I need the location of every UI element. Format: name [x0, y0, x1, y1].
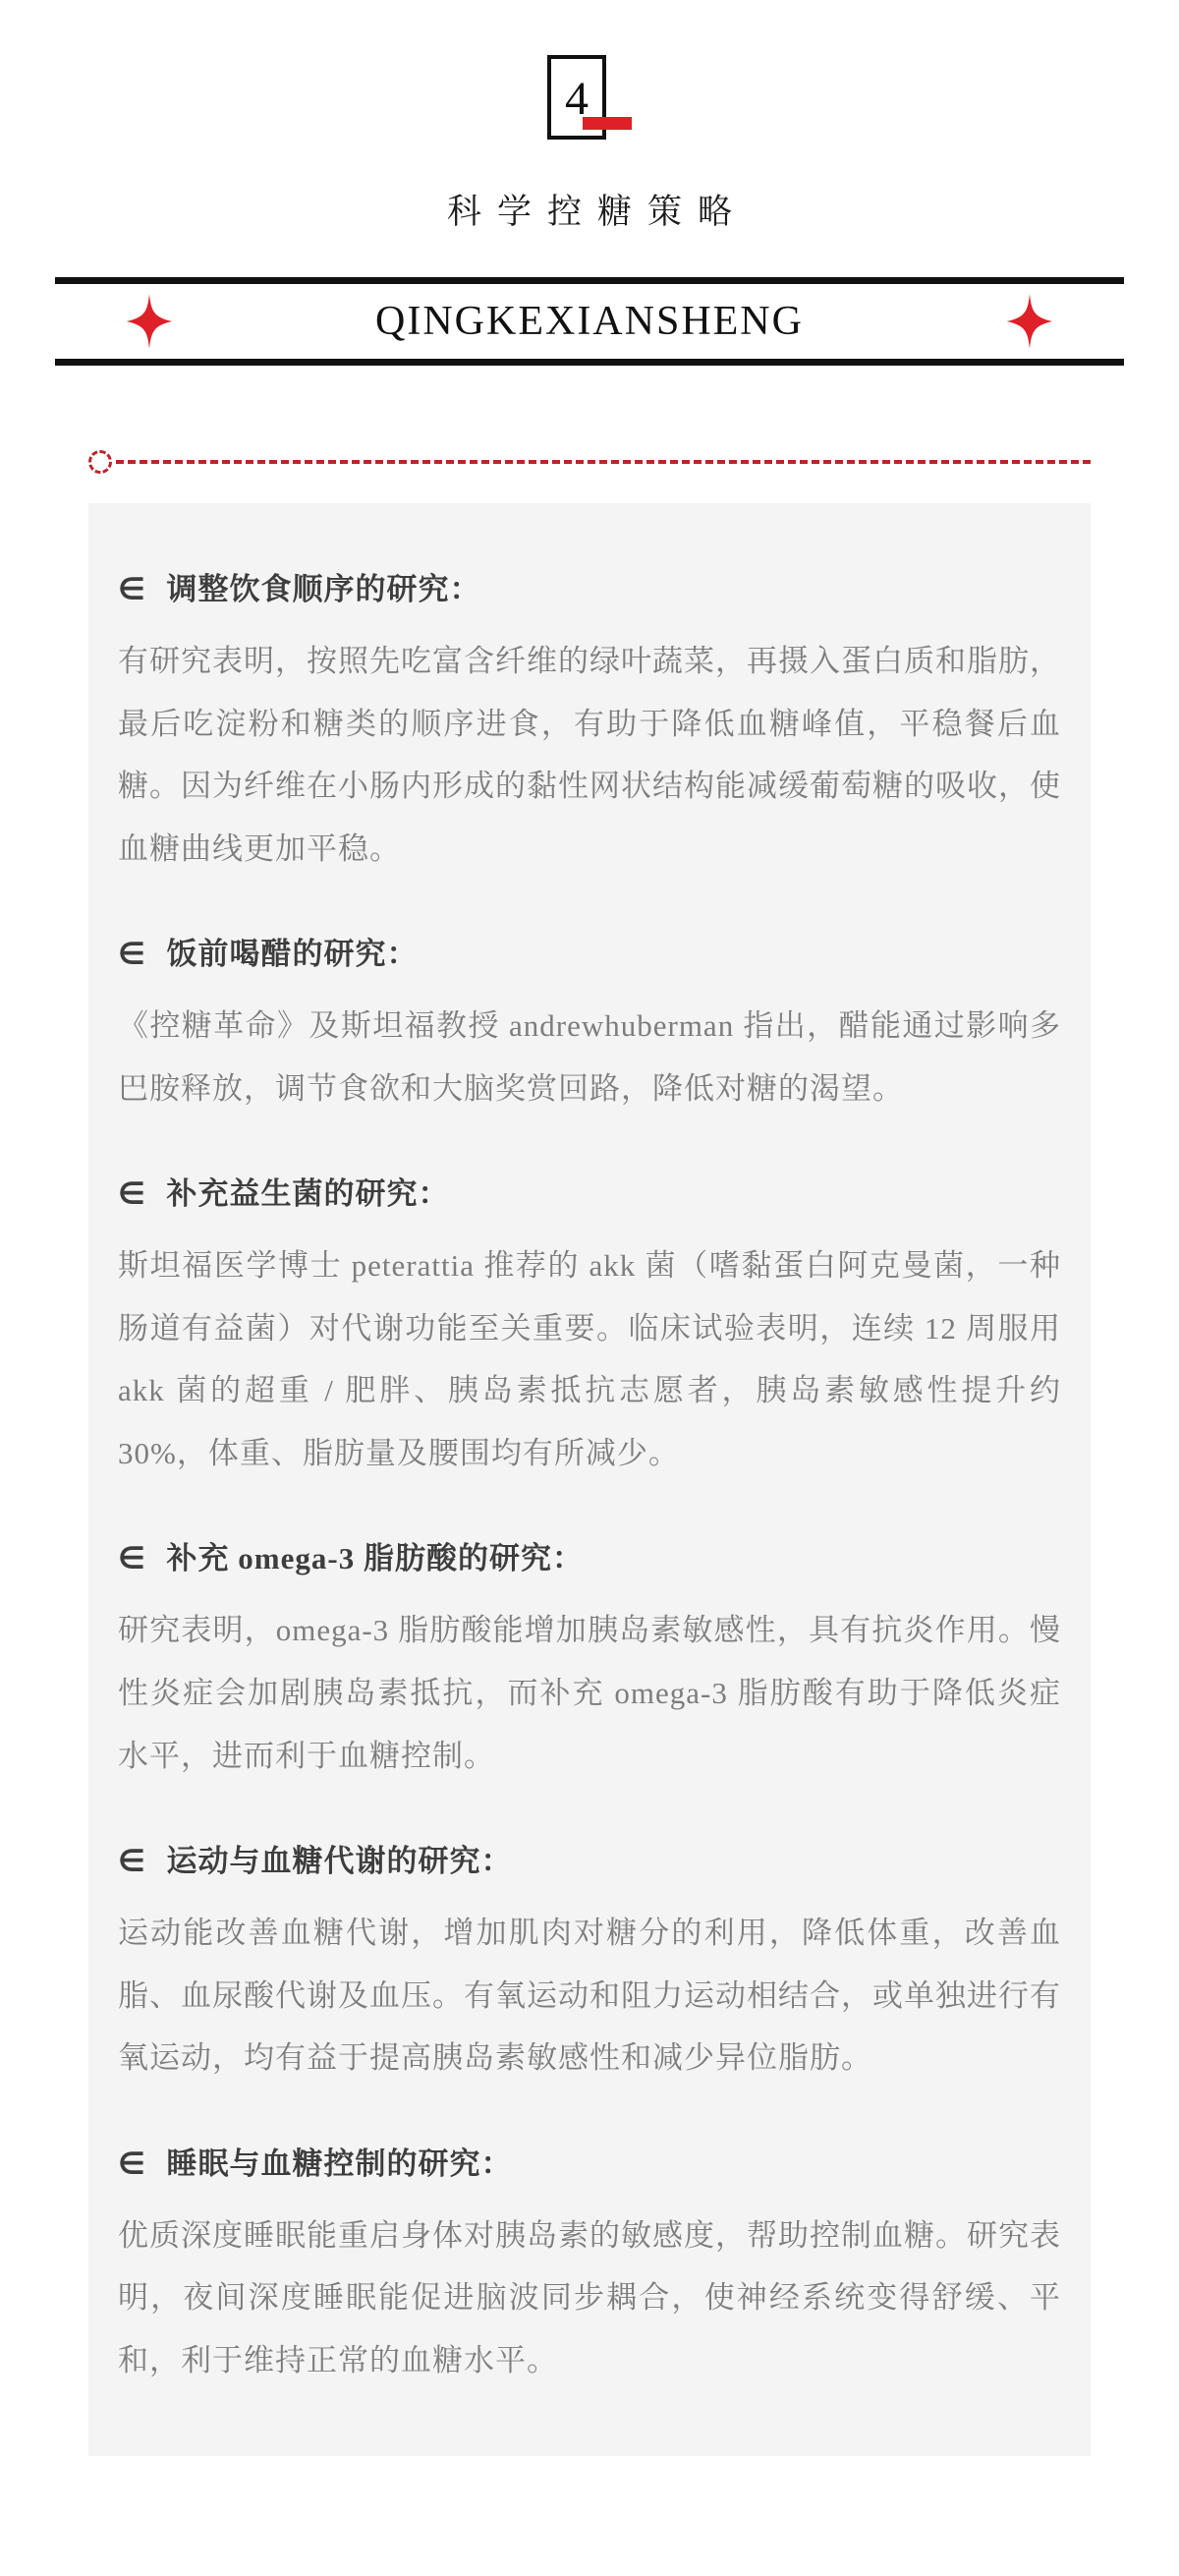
section-body-text: 有研究表明，按照先吃富含纤维的绿叶蔬菜，再摄入蛋白质和脂肪，最后吃淀粉和糖类的顺…	[118, 630, 1061, 880]
research-section: ∈ 补充 omega-3 脂肪酸的研究： 研究表明，omega-3 脂肪酸能增加…	[118, 1533, 1061, 1787]
red-accent-bar	[583, 117, 632, 130]
section-body-text: 斯坦福医学博士 peterattia 推荐的 akk 菌（嗜黏蛋白阿克曼菌，一种…	[118, 1234, 1061, 1484]
section-body-text: 优质深度睡眠能重启身体对胰岛素的敏感度，帮助控制血糖。研究表明，夜间深度睡眠能促…	[118, 2204, 1061, 2392]
element-of-bullet-icon: ∈	[118, 937, 146, 972]
section-heading: ∈ 补充 omega-3 脂肪酸的研究：	[118, 1533, 1061, 1577]
dashed-separator	[88, 450, 1091, 474]
chapter-number: 4	[565, 72, 589, 123]
section-heading: ∈ 睡眠与血糖控制的研究：	[118, 2139, 1061, 2183]
section-heading: ∈ 饭前喝醋的研究：	[118, 929, 1061, 973]
dashed-line	[116, 460, 1091, 464]
brand-banner: QINGKEXIANSHENG	[55, 277, 1124, 366]
research-section: ∈ 饭前喝醋的研究： 《控糖革命》及斯坦福教授 andrewhuberman 指…	[118, 929, 1061, 1119]
four-pointed-star-icon	[126, 294, 173, 349]
research-section: ∈ 睡眠与血糖控制的研究： 优质深度睡眠能重启身体对胰岛素的敏感度，帮助控制血糖…	[118, 2139, 1061, 2392]
research-section: ∈ 运动与血糖代谢的研究： 运动能改善血糖代谢，增加肌肉对糖分的利用，降低体重，…	[118, 1836, 1061, 2089]
section-body-text: 研究表明，omega-3 脂肪酸能增加胰岛素敏感性，具有抗炎作用。慢性炎症会加剧…	[118, 1599, 1061, 1787]
section-heading: ∈ 补充益生菌的研究：	[118, 1169, 1061, 1213]
section-heading-text: 饭前喝醋的研究：	[167, 937, 419, 971]
section-heading-text: 补充 omega-3 脂肪酸的研究：	[167, 1541, 584, 1575]
research-section: ∈ 补充益生菌的研究： 斯坦福医学博士 peterattia 推荐的 akk 菌…	[118, 1169, 1061, 1484]
section-heading-text: 运动与血糖代谢的研究：	[167, 1844, 513, 1878]
element-of-bullet-icon: ∈	[118, 1844, 146, 1879]
research-sections: ∈ 调整饮食顺序的研究： 有研究表明，按照先吃富含纤维的绿叶蔬菜，再摄入蛋白质和…	[88, 503, 1091, 2456]
page-title: 科学控糖策略	[0, 185, 1179, 234]
section-heading-text: 睡眠与血糖控制的研究：	[167, 2147, 513, 2181]
section-body-text: 运动能改善血糖代谢，增加肌肉对糖分的利用，降低体重，改善血脂、血尿酸代谢及血压。…	[118, 1902, 1061, 2089]
banner-text: QINGKEXIANSHENG	[375, 298, 804, 345]
chapter-number-box: 4	[547, 55, 606, 140]
element-of-bullet-icon: ∈	[118, 1176, 146, 1212]
section-heading: ∈ 运动与血糖代谢的研究：	[118, 1836, 1061, 1880]
section-heading-text: 补充益生菌的研究：	[167, 1176, 450, 1211]
section-body-text: 《控糖革命》及斯坦福教授 andrewhuberman 指出，醋能通过影响多巴胺…	[118, 995, 1061, 1119]
research-section: ∈ 调整饮食顺序的研究： 有研究表明，按照先吃富含纤维的绿叶蔬菜，再摄入蛋白质和…	[118, 564, 1061, 880]
element-of-bullet-icon: ∈	[118, 2147, 146, 2182]
four-pointed-star-icon	[1006, 294, 1053, 349]
dashed-circle-icon	[88, 450, 112, 474]
element-of-bullet-icon: ∈	[118, 572, 146, 607]
infographic-page: { "page": { "colors": { "accent_red": "#…	[0, 0, 1179, 2576]
element-of-bullet-icon: ∈	[118, 1541, 146, 1576]
chapter-badge-row: 4	[0, 0, 1179, 140]
section-heading: ∈ 调整饮食顺序的研究：	[118, 564, 1061, 608]
section-heading-text: 调整饮食顺序的研究：	[167, 572, 481, 606]
